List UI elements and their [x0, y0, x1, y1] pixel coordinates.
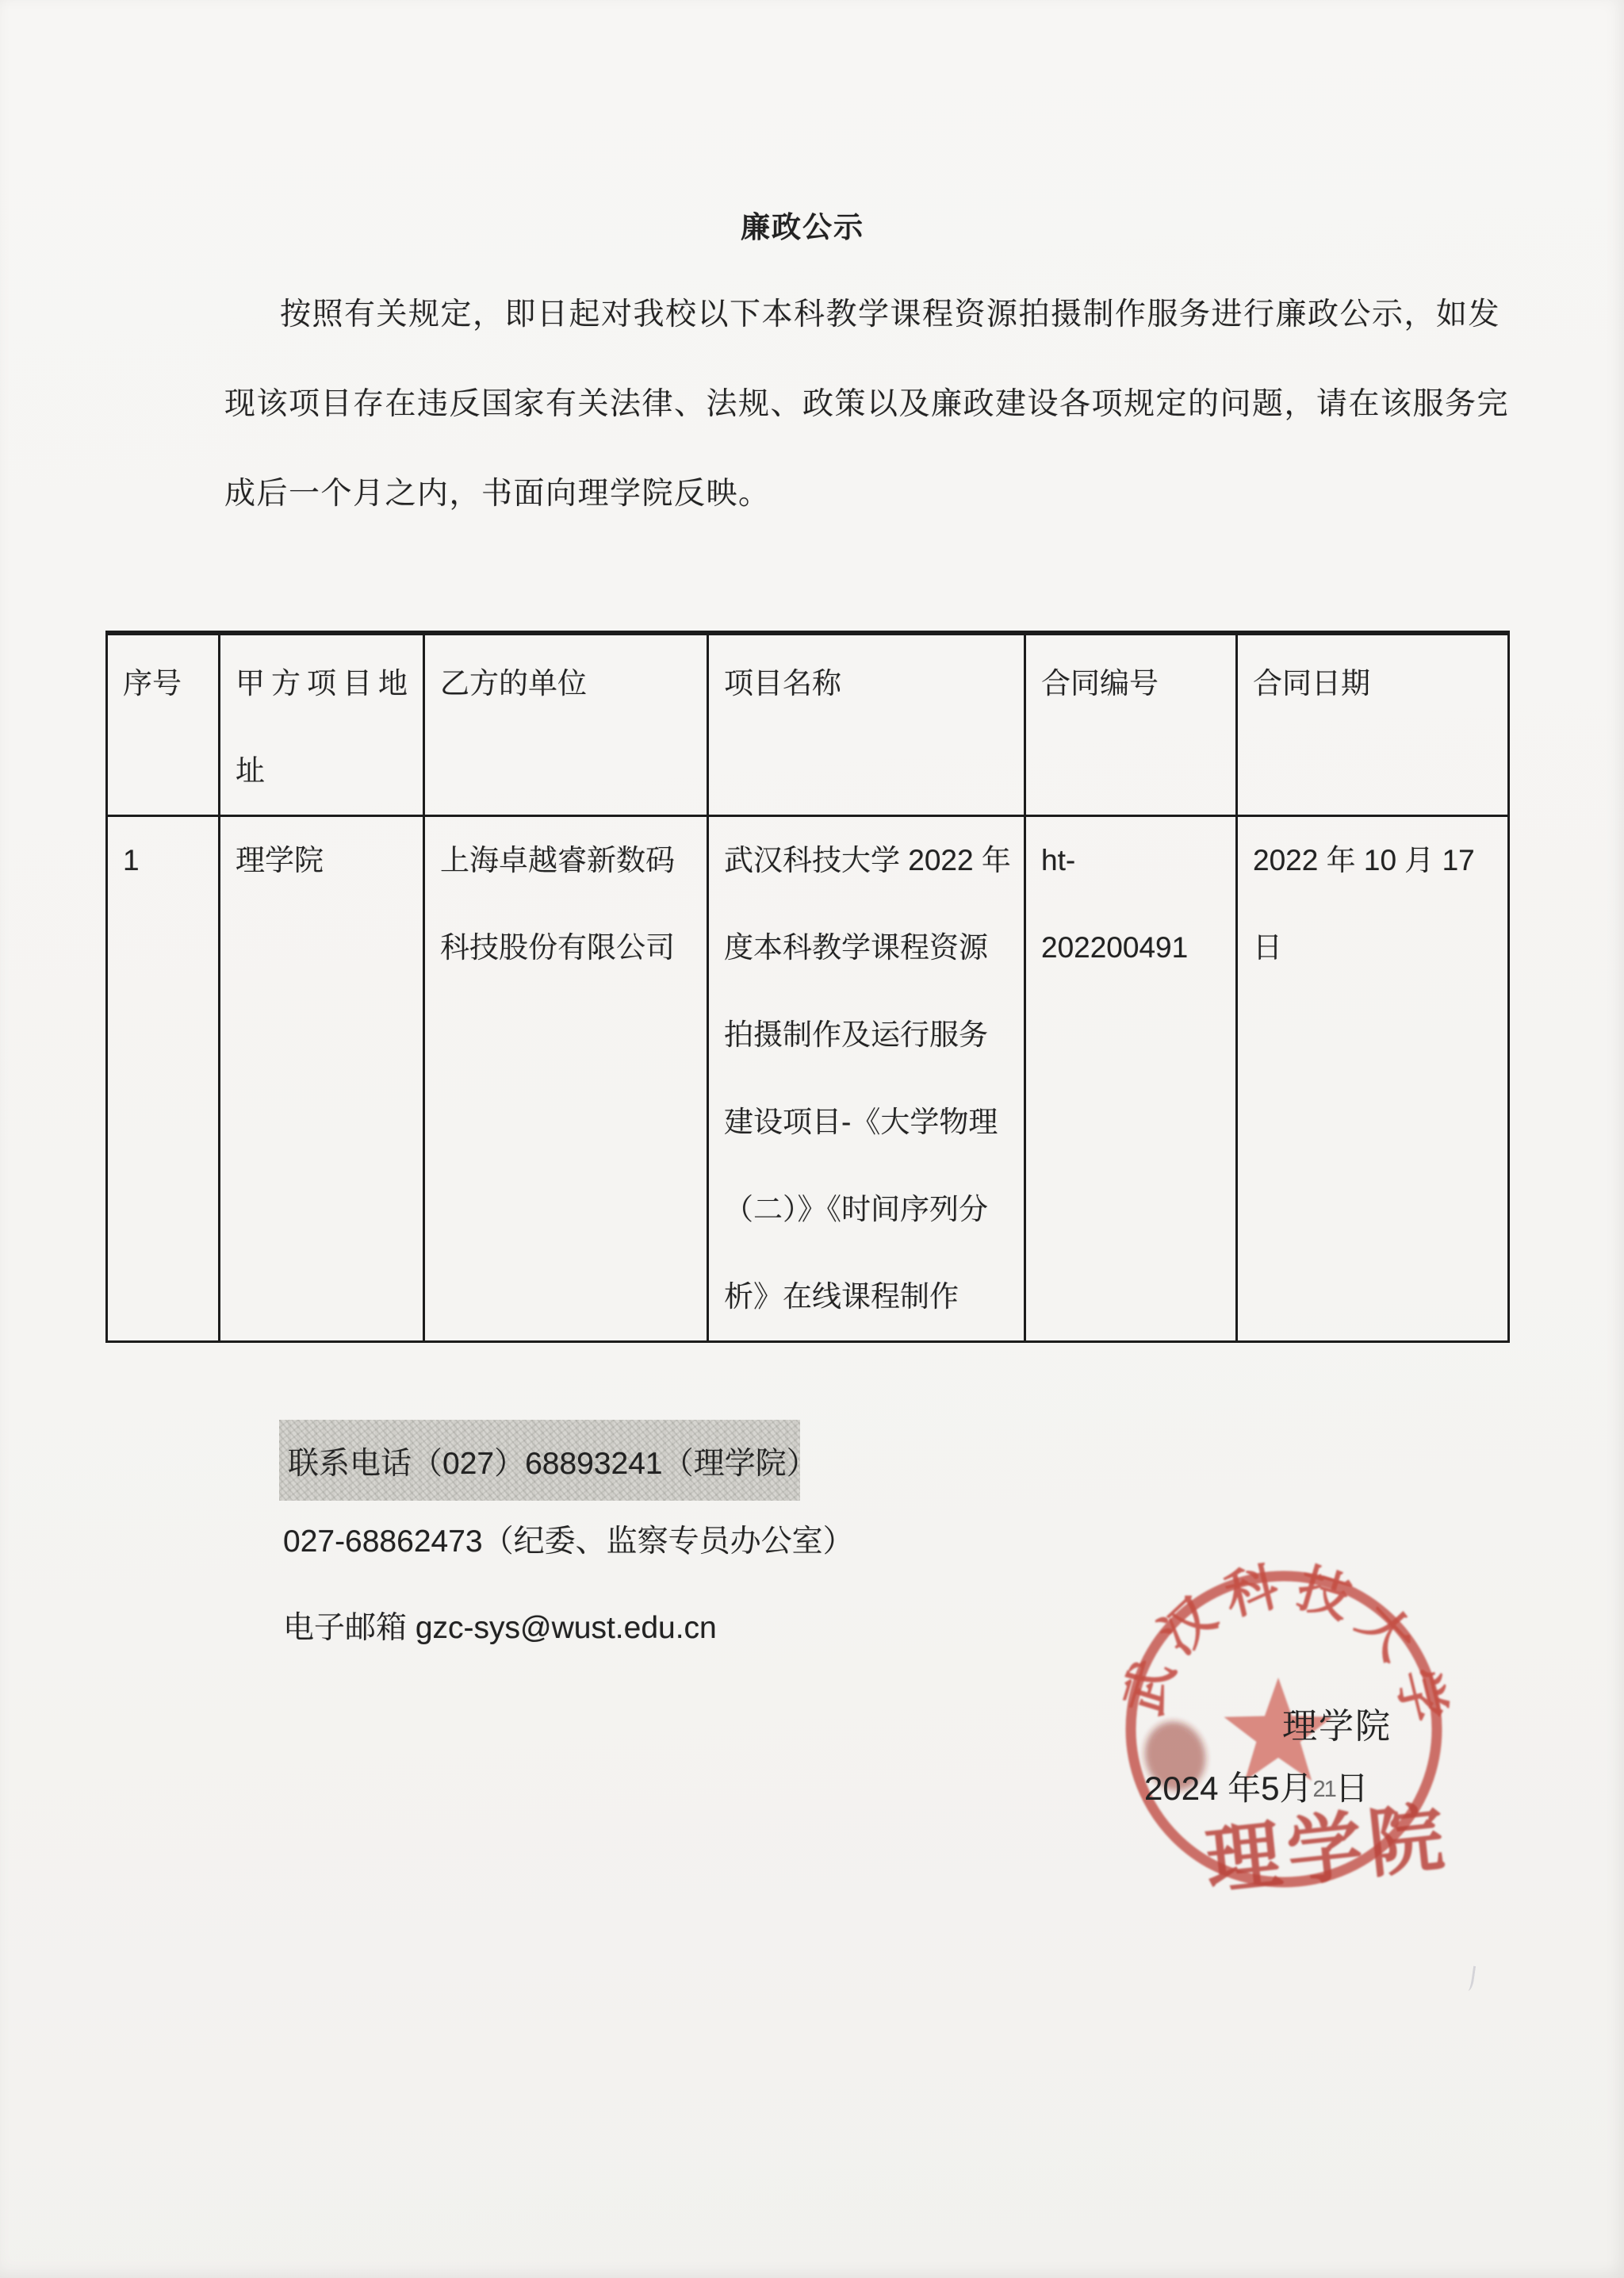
contact-phone-highlight: 联系电话（027）68893241（理学院） [279, 1420, 800, 1501]
paragraph-line-2: 现该项目存在违反国家有关法律、法规、政策以及廉政建设各项规定的问题，请在该服务完 [224, 359, 1541, 449]
header-project-name: 项目名称 [708, 633, 1025, 816]
cell-project-name: 武汉科技大学 2022 年 度本科教学课程资源 拍摄制作及运行服务 建设项目-《… [708, 816, 1025, 1342]
header-party-a-address: 甲方项目地 址 [220, 633, 424, 816]
signature-date-day: 21 [1312, 1777, 1335, 1802]
paragraph-line-3: 成后一个月之内，书面向理学院反映。 [224, 449, 1541, 539]
projects-table: 序号 甲方项目地 址 乙方的单位 项目名称 合同编号 合同日期 1 理学院 上海… [105, 631, 1510, 1343]
header-contract-no: 合同编号 [1025, 633, 1237, 816]
notice-paragraph: 按照有关规定，即日起对我校以下本科教学课程资源拍摄制作服务进行廉政公示，如发 现… [224, 270, 1541, 539]
seal-bottom-text: 理学院 [1202, 1795, 1454, 1904]
page-title: 廉政公示 [0, 203, 1605, 246]
signature-org: 理学院 [1282, 1697, 1392, 1748]
signature-date-suffix: 日 [1335, 1770, 1369, 1807]
table-header-row: 序号 甲方项目地 址 乙方的单位 项目名称 合同编号 合同日期 [107, 633, 1509, 816]
scanned-document-page: 廉政公示 按照有关规定，即日起对我校以下本科教学课程资源拍摄制作服务进行廉政公示… [0, 0, 1624, 2278]
header-contract-date: 合同日期 [1237, 633, 1509, 816]
signature-date-prefix: 2024 年5月 [1144, 1770, 1312, 1807]
cell-party-b-unit: 上海卓越睿新数码 科技股份有限公司 [424, 816, 708, 1342]
scan-artifact-mark [1464, 1965, 1476, 1991]
signature-date: 2024 年5月21日 [1144, 1762, 1369, 1810]
paragraph-line-1: 按照有关规定，即日起对我校以下本科教学课程资源拍摄制作服务进行廉政公示，如发 [224, 270, 1541, 359]
header-party-b-unit: 乙方的单位 [424, 633, 708, 816]
contact-phone-line: 联系电话（027）68893241（理学院） [288, 1447, 818, 1481]
contact-email-line: 电子邮箱 gzc-sys@wust.edu.cn [283, 1603, 717, 1647]
table-row: 1 理学院 上海卓越睿新数码 科技股份有限公司 武汉科技大学 2022 年 度本… [107, 816, 1509, 1342]
cell-contract-date: 2022 年 10 月 17 日 [1237, 816, 1509, 1342]
contact-phone-line-2: 027-68862473（纪委、监察专员办公室） [283, 1517, 854, 1561]
cell-index: 1 [107, 816, 220, 1342]
cell-contract-no: ht- 202200491 [1025, 816, 1237, 1342]
header-index: 序号 [107, 633, 220, 816]
cell-party-a-address: 理学院 [220, 816, 424, 1342]
